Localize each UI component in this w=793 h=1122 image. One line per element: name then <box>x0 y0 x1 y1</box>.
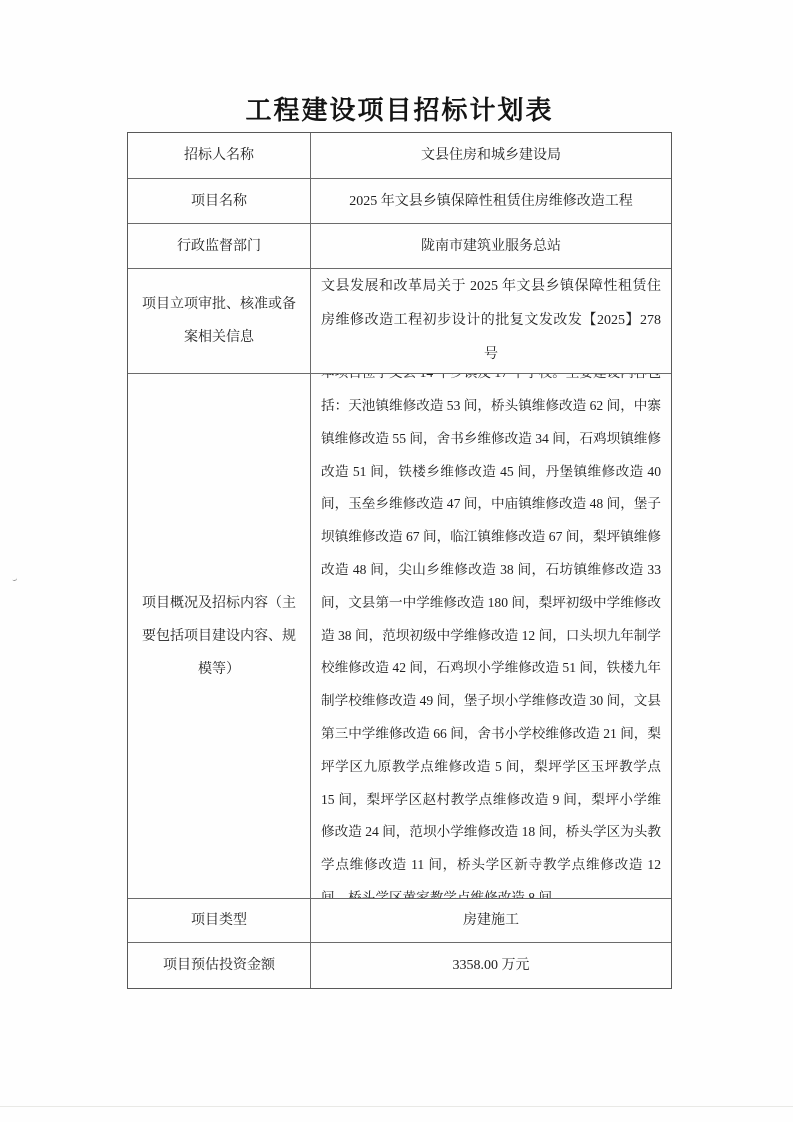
row-value-project-name: 2025 年文县乡镇保障性租赁住房维修改造工程 <box>311 179 671 223</box>
row-label-project-type: 项目类型 <box>128 899 311 942</box>
row-value-estimated-investment: 3358.00 万元 <box>311 943 671 988</box>
row-label-project-overview-text: 项目概况及招标内容（主要包括项目建设内容、规模等） <box>128 587 310 686</box>
row-label-bidder-name: 招标人名称 <box>128 133 311 178</box>
table-row-project-name: 项目名称 2025 年文县乡镇保障性租赁住房维修改造工程 <box>128 179 671 224</box>
row-value-project-overview-text: 本项目位于文县 14 个乡镇及 17 个学校。主要建设内容包括：天池镇维修改造 … <box>311 374 671 898</box>
scan-artifact-mark <box>11 575 17 581</box>
row-label-estimated-investment: 项目预估投资金额 <box>128 943 311 988</box>
row-value-project-type: 房建施工 <box>311 899 671 942</box>
row-label-project-overview: 项目概况及招标内容（主要包括项目建设内容、规模等） <box>128 374 311 898</box>
table-row-project-type: 项目类型 房建施工 <box>128 899 671 943</box>
document-title: 工程建设项目招标计划表 <box>127 90 672 127</box>
row-label-project-name: 项目名称 <box>128 179 311 223</box>
bidding-plan-table: 招标人名称 文县住房和城乡建设局 项目名称 2025 年文县乡镇保障性租赁住房维… <box>127 132 672 989</box>
row-label-approval-info: 项目立项审批、核准或备案相关信息 <box>128 269 311 373</box>
table-row-approval-info: 项目立项审批、核准或备案相关信息 文县发展和改革局关于 2025 年文县乡镇保障… <box>128 269 671 374</box>
row-value-project-overview: 本项目位于文县 14 个乡镇及 17 个学校。主要建设内容包括：天池镇维修改造 … <box>311 374 671 898</box>
row-label-approval-info-text: 项目立项审批、核准或备案相关信息 <box>128 288 310 354</box>
document-page: 工程建设项目招标计划表 招标人名称 文县住房和城乡建设局 项目名称 2025 年… <box>0 0 793 1122</box>
row-value-approval-info-text: 文县发展和改革局关于 2025 年文县乡镇保障性租赁住房维修改造工程初步设计的批… <box>311 270 671 372</box>
row-value-bidder-name: 文县住房和城乡建设局 <box>311 133 671 178</box>
row-label-supervising-department: 行政监督部门 <box>128 224 311 268</box>
row-value-supervising-department: 陇南市建筑业服务总站 <box>311 224 671 268</box>
scan-edge-shadow <box>0 1106 793 1107</box>
table-row-supervising-department: 行政监督部门 陇南市建筑业服务总站 <box>128 224 671 269</box>
table-row-project-overview: 项目概况及招标内容（主要包括项目建设内容、规模等） 本项目位于文县 14 个乡镇… <box>128 374 671 899</box>
table-row-estimated-investment: 项目预估投资金额 3358.00 万元 <box>128 943 671 988</box>
table-row-bidder-name: 招标人名称 文县住房和城乡建设局 <box>128 133 671 179</box>
row-value-approval-info: 文县发展和改革局关于 2025 年文县乡镇保障性租赁住房维修改造工程初步设计的批… <box>311 269 671 373</box>
